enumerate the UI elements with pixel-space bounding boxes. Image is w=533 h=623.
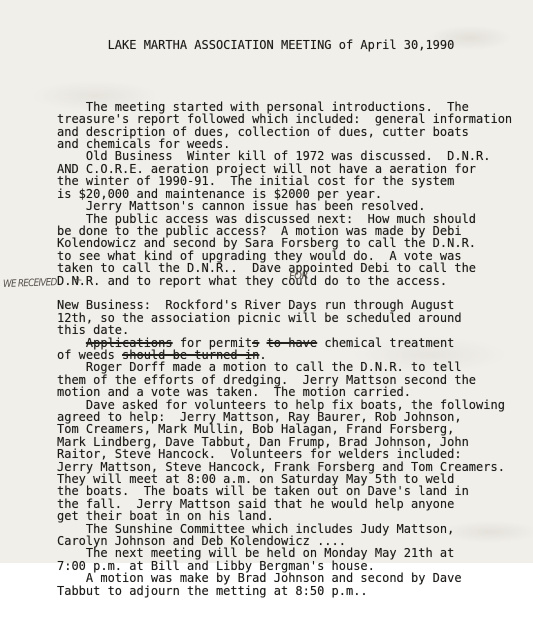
handwritten-for-note: FOR — [289, 270, 309, 282]
document-title: LAKE MARTHA ASSOCIATION MEETING of April… — [57, 39, 512, 51]
text-segment: 7:00 p.m. at Bill and Libby Bergman's ho… — [57, 559, 375, 563]
handwritten-margin-note: WE RECEIVED — [3, 277, 57, 290]
typewritten-text-block: LAKE MARTHA ASSOCIATION MEETING of April… — [57, 14, 512, 563]
text-segment: chemical treatment — [317, 336, 454, 350]
struck-text: to have — [267, 336, 318, 350]
document-line: D.N.R. and to report what they could do … — [57, 275, 512, 287]
document-page: LAKE MARTHA ASSOCIATION MEETING of April… — [0, 0, 533, 563]
document-body: The meeting started with personal introd… — [57, 76, 512, 563]
insertion-caret-mark: + — [73, 275, 82, 287]
text-segment: D.N.R. and to report what they could do … — [57, 274, 447, 288]
document-line — [57, 76, 512, 88]
